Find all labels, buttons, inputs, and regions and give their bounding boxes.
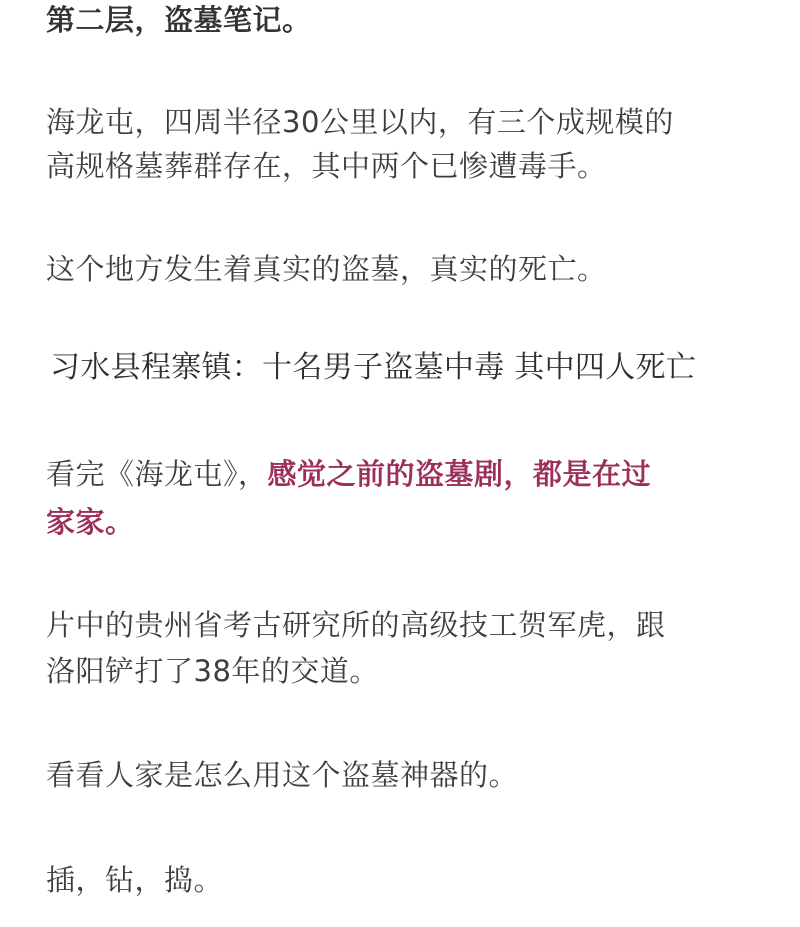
paragraph-line: 看看人家是怎么用这个盗墓神器的。	[46, 757, 518, 793]
paragraph-line: 洛阳铲打了38年的交道。	[46, 653, 379, 689]
highlight-prefix: 看完《海龙屯》，	[46, 457, 268, 491]
paragraph-line: 插，钻，捣。	[46, 862, 223, 898]
news-headline: 习水县程寨镇：十名男子盗墓中毒 其中四人死亡	[50, 350, 696, 386]
emphasis-text: 感觉之前的盗墓剧，都是在过	[268, 457, 652, 491]
paragraph-line: 高规格墓葬群存在，其中两个已惨遭毒手。	[46, 148, 607, 184]
highlight-paragraph-line: 看完《海龙屯》，感觉之前的盗墓剧，都是在过	[46, 456, 651, 492]
paragraph-line: 海龙屯，四周半径30公里以内，有三个成规模的	[46, 104, 674, 140]
section-heading: 第二层，盗墓笔记。	[46, 2, 312, 38]
paragraph-line: 片中的贵州省考古研究所的高级技工贺军虎，跟	[46, 607, 666, 643]
paragraph-line: 这个地方发生着真实的盗墓，真实的死亡。	[46, 251, 607, 287]
emphasis-text: 家家。	[46, 504, 135, 540]
